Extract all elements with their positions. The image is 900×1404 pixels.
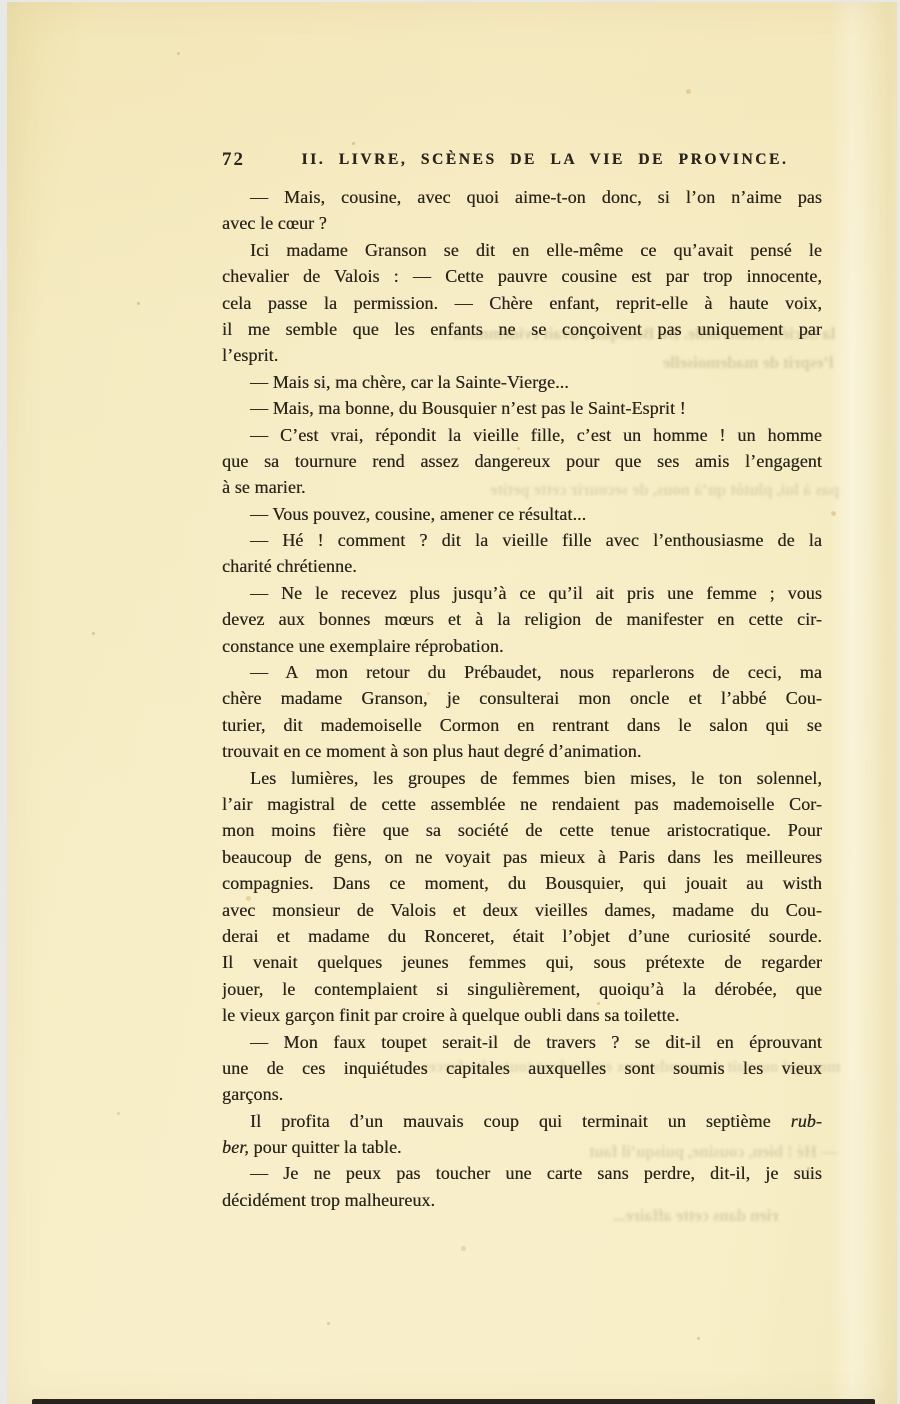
- running-title: II. LIVRE, SCÈNES DE LA VIE DE PROVINCE.: [222, 148, 822, 169]
- text-line: ber, pour quitter la table.: [222, 1134, 822, 1160]
- italic-text-segment: ber,: [222, 1137, 249, 1157]
- text-line: Il profita d’un mauvais coup qui termina…: [222, 1108, 822, 1134]
- text-line: à se marier.: [222, 474, 822, 500]
- text-segment: pour quitter la table.: [249, 1137, 402, 1157]
- text-line: Ici madame Granson se dit en elle-même c…: [222, 237, 822, 263]
- text-line: devez aux bonnes mœurs et à la religion …: [222, 606, 822, 632]
- text-line: — Je ne peux pas toucher une carte sans …: [222, 1160, 822, 1186]
- text-line: décidément trop malheureux.: [222, 1187, 822, 1213]
- text-line: Il venait quelques jeunes femmes qui, so…: [222, 949, 822, 975]
- text-line: chevalier de Valois : — Cette pauvre cou…: [222, 263, 822, 289]
- text-line: l’esprit.: [222, 342, 822, 368]
- page-number: 72: [222, 149, 245, 171]
- text-line: — Hé ! comment ? dit la vieille fille av…: [222, 527, 822, 553]
- text-line: — Mon faux toupet serait-il de travers ?…: [222, 1029, 822, 1055]
- text-line: — A mon retour du Prébaudet, nous reparl…: [222, 659, 822, 685]
- book-page-scan: la Société Maternelle. Du Bousquier avai…: [7, 2, 897, 1404]
- text-line: avec monsieur de Valois et deux vieilles…: [222, 897, 822, 923]
- text-line: l’air magistral de cette assemblée ne re…: [222, 791, 822, 817]
- text-line: compagnies. Dans ce moment, du Bousquier…: [222, 870, 822, 896]
- text-line: turier, dit mademoiselle Cormon en rentr…: [222, 712, 822, 738]
- text-segment: Il profita d’un mauvais coup qui termina…: [250, 1111, 791, 1131]
- text-line: constance une exemplaire réprobation.: [222, 633, 822, 659]
- text-column: 72 II. LIVRE, SCÈNES DE LA VIE DE PROVIN…: [222, 148, 822, 1213]
- text-line: avec le cœur ?: [222, 210, 822, 236]
- text-line: Les lumières, les groupes de femmes bien…: [222, 765, 822, 791]
- body-text: — Mais, cousine, avec quoi aime-t-on don…: [222, 184, 822, 1213]
- text-line: le vieux garçon finit par croire à quelq…: [222, 1002, 822, 1028]
- text-line: jouer, le contemplaient si singulièremen…: [222, 976, 822, 1002]
- text-line: mon moins fière que sa société de cette …: [222, 817, 822, 843]
- text-line: cela passe la permission. — Chère enfant…: [222, 290, 822, 316]
- text-line: beaucoup de gens, on ne voyait pas mieux…: [222, 844, 822, 870]
- text-line: il me semble que les enfants ne se conço…: [222, 316, 822, 342]
- text-line: — C’est vrai, répondit la vieille fille,…: [222, 422, 822, 448]
- text-line: trouvait en ce moment à son plus haut de…: [222, 738, 822, 764]
- italic-text-segment: rub-: [791, 1111, 822, 1131]
- text-line: — Ne le recevez plus jusqu’à ce qu’il ai…: [222, 580, 822, 606]
- text-line: — Mais, ma bonne, du Bousquier n’est pas…: [222, 395, 822, 421]
- text-line: garçons.: [222, 1081, 822, 1107]
- text-line: chère madame Granson, je consulterai mon…: [222, 685, 822, 711]
- text-line: — Mais, cousine, avec quoi aime-t-on don…: [222, 184, 822, 210]
- text-line: que sa tournure rend assez dangereux pou…: [222, 448, 822, 474]
- text-line: une de ces inquiétudes capitales auxquel…: [222, 1055, 822, 1081]
- scan-edge-artifact: [32, 1399, 875, 1404]
- text-line: — Vous pouvez, cousine, amener ce résult…: [222, 501, 822, 527]
- text-line: derai et madame du Ronceret, était l’obj…: [222, 923, 822, 949]
- text-line: charité chrétienne.: [222, 553, 822, 579]
- text-line: — Mais si, ma chère, car la Sainte-Vierg…: [222, 369, 822, 395]
- page-header: 72 II. LIVRE, SCÈNES DE LA VIE DE PROVIN…: [222, 148, 822, 172]
